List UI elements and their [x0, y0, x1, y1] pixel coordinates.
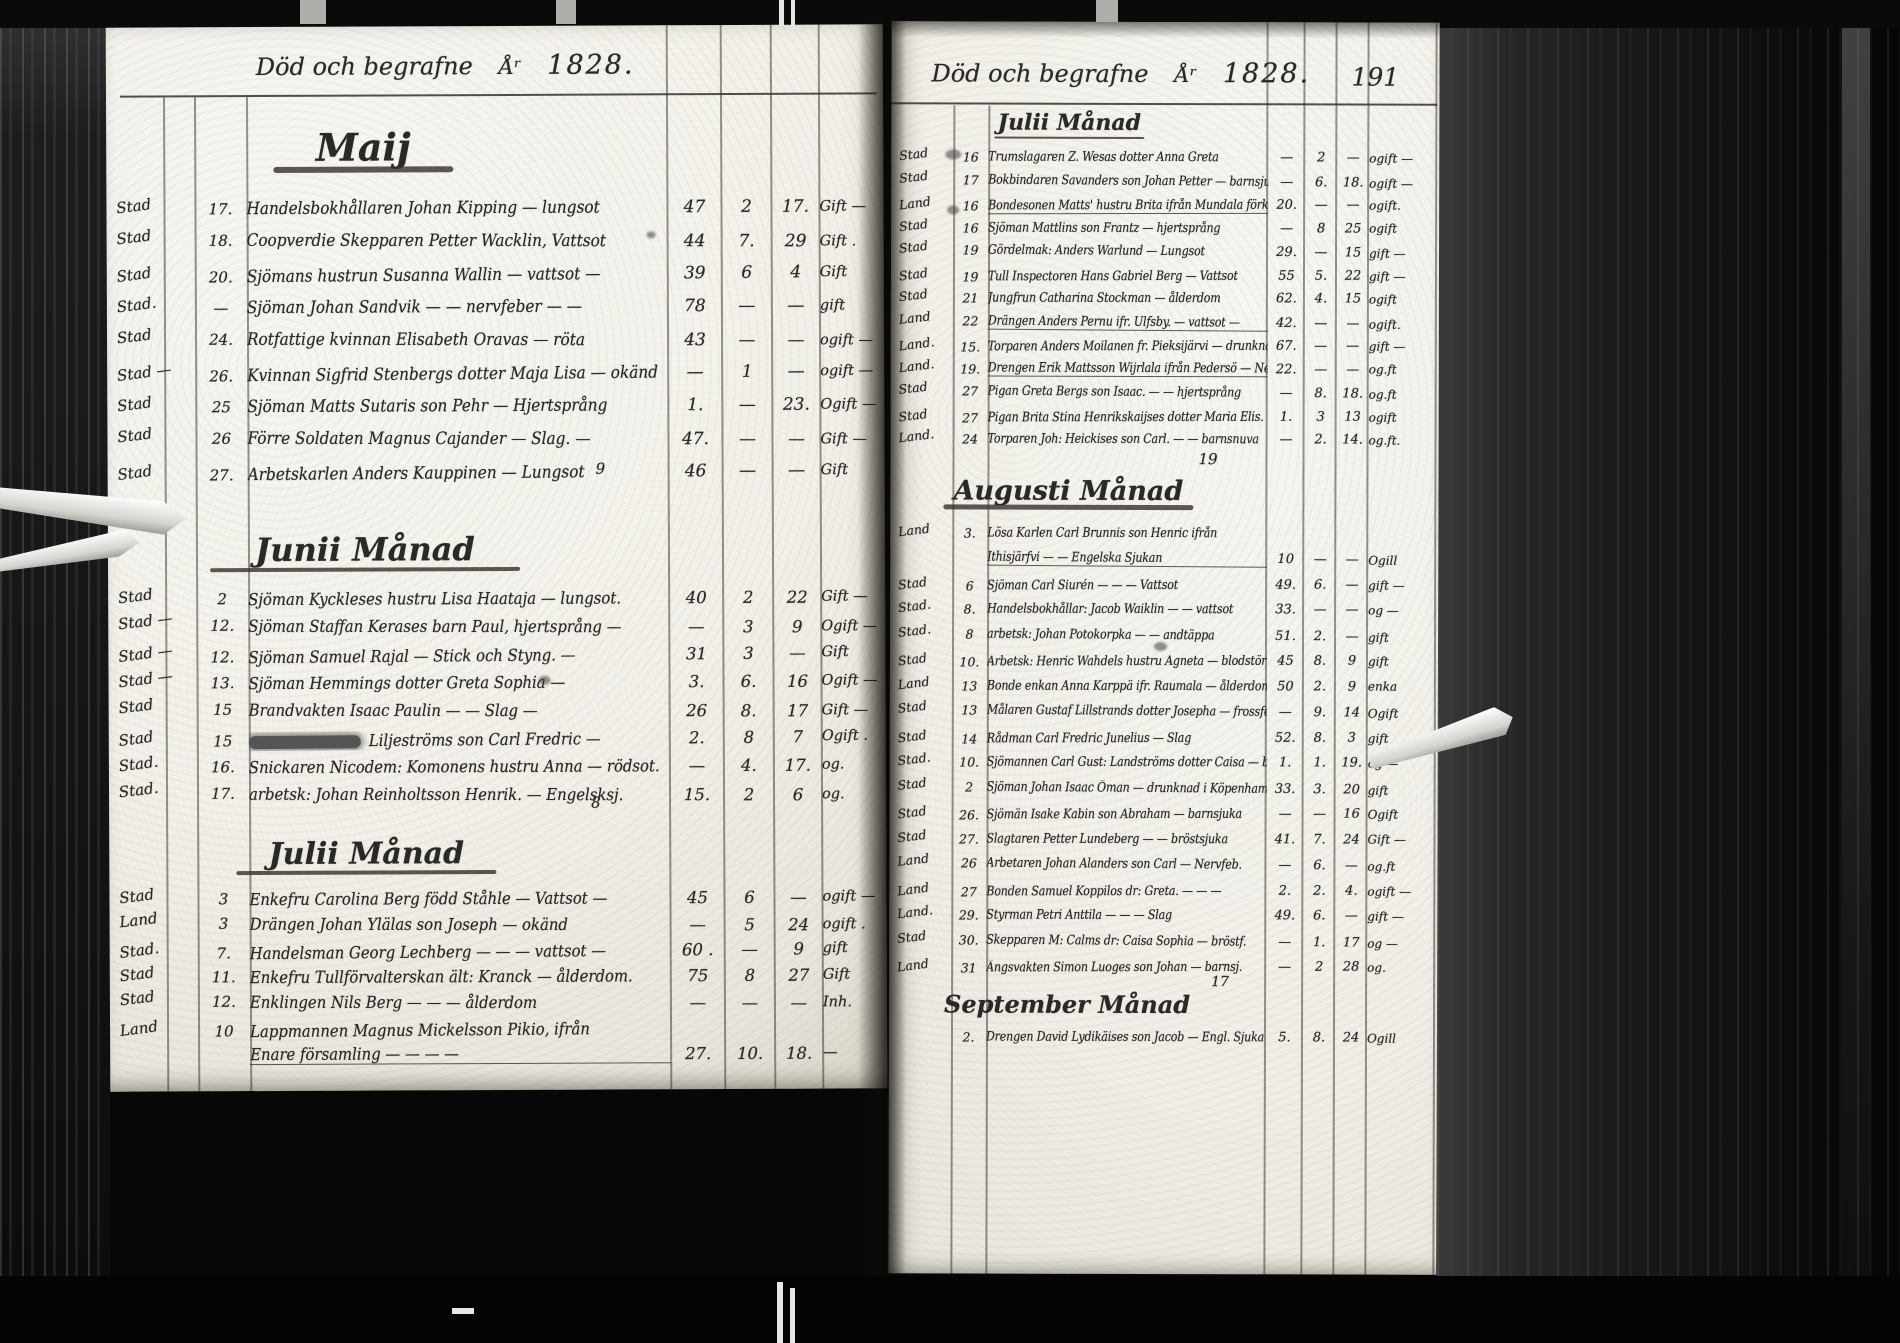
month-section: Junii MånadStad2Sjöman Kyckleses hustru …	[108, 528, 886, 809]
month-section: MaijStad17.Handelsbokhållaren Johan Kipp…	[106, 122, 885, 489]
entry-text: Torparen Anders Moilanen fr. Pieksijärvi…	[988, 339, 1268, 354]
place-label: Stad	[890, 165, 953, 187]
day-number: 18.	[195, 231, 247, 249]
age-years: —	[1267, 807, 1304, 822]
age-years: 55	[1268, 269, 1305, 284]
day-number: 26.	[952, 808, 987, 823]
month-title: Julii Månad	[186, 836, 546, 873]
entry-text: Liljeströms son Carl Fredric —	[249, 728, 670, 751]
age-months: 6.	[1303, 858, 1335, 873]
age-months: —	[725, 993, 775, 1012]
entry-text-line: Sjöman Kyckleses hustru Lisa Haataja — l…	[248, 588, 621, 609]
status-label: Ogift —	[821, 618, 885, 634]
age-days: 7	[774, 727, 822, 746]
entry-text: Drengen David Lydikäises son Jacob — Eng…	[986, 1030, 1266, 1046]
entry-text-line: Ithisjärfvi — — Engelska Sjukan	[987, 549, 1162, 565]
age-years: —	[1268, 175, 1305, 190]
scan-left-margin	[0, 0, 110, 1343]
age-years: 47.	[668, 429, 722, 449]
age-months: 2.	[1305, 433, 1337, 448]
day-number: 10	[198, 1022, 250, 1040]
age-months: 6	[722, 262, 772, 282]
age-months: 10.	[725, 1043, 775, 1062]
status-label: Gift —	[820, 431, 884, 447]
register-row: Stad.8.Handelsbokhållar: Jacob Waiklin —…	[890, 596, 1438, 623]
status-label: gift	[823, 940, 887, 957]
age-years: —	[1268, 433, 1305, 448]
age-days: 24	[775, 915, 823, 934]
age-years: —	[669, 617, 723, 636]
status-label: Ogift —	[822, 672, 886, 688]
place-label: Stad	[889, 800, 952, 823]
entry-text-line: Förre Soldaten Magnus Cajander — Slag. —	[247, 428, 590, 448]
place-label: Stad	[108, 880, 198, 909]
age-days: 29	[772, 231, 820, 251]
age-years: —	[1268, 151, 1305, 166]
entry-text: Arbetsk: Henric Wahdels hustru Agneta — …	[987, 654, 1267, 669]
register-row: Stad24.Rotfattige kvinnan Elisabeth Orav…	[107, 323, 884, 357]
day-number: 12.	[196, 617, 248, 635]
status-label: gift —	[1368, 578, 1438, 592]
entry-text: Handelsbokhållaren Johan Kipping — lungs…	[246, 197, 667, 219]
right-page: Död och begrafne Åʳ 1828. 191 Julii Måna…	[888, 21, 1439, 1274]
age-days: 18.	[1337, 175, 1369, 190]
carry-count-note: 19	[1198, 450, 1217, 468]
entry-text: Bokbindaren Savanders son Johan Petter —…	[988, 172, 1268, 189]
place-label	[890, 550, 952, 557]
entry-text: Sjöman Carl Siurén — — — Vattsot	[987, 578, 1267, 593]
place-label: Stad	[105, 189, 195, 218]
age-days: 18.	[775, 1043, 823, 1062]
age-years: 2.	[670, 728, 724, 747]
age-days: —	[1336, 577, 1368, 592]
left-page-header: Död och begrafne Åʳ 1828.	[256, 49, 635, 82]
place-label: Stad	[889, 724, 952, 747]
entry-text-line: Slagtaren Petter Lundeberg — — bröstsjuk…	[986, 831, 1227, 847]
age-months: 6.	[723, 671, 773, 690]
place-label: Land	[890, 191, 953, 214]
age-years: —	[1266, 960, 1303, 975]
age-years: —	[1267, 705, 1304, 720]
entry-text: Sjöman Kyckleses hustru Lisa Haataja — l…	[248, 588, 669, 609]
carry-count-note: 17	[1211, 974, 1229, 990]
age-days: 23.	[772, 394, 820, 414]
entry-text: Sjöman Staffan Kerases barn Paul, hjerts…	[248, 616, 669, 635]
fold-tape-mark	[791, 0, 795, 30]
month-title: Julii Månad	[919, 109, 1219, 136]
entry-text-line: Handelsman Georg Lechberg — — — vattsot …	[250, 941, 606, 963]
entry-text-line: Drängen Anders Pernu ifr. Ulfsby. — vatt…	[988, 313, 1240, 330]
register-row: Stad27.Slagtaren Petter Lundeberg — — br…	[889, 826, 1437, 853]
entry-text: Bonden Samuel Koppilos dr: Greta. — — —	[986, 884, 1266, 899]
entry-text-line: Pigan Brita Stina Henrikskaijses dotter …	[988, 410, 1264, 425]
fold-tape-mark	[779, 0, 784, 26]
right-page-content: Julii MånadStad16Trumslagaren Z. Wesas d…	[889, 105, 1439, 1051]
age-days: 24	[1335, 832, 1367, 847]
day-number: 26	[195, 429, 247, 447]
page-number: 191	[1351, 62, 1399, 91]
entry-text-line: Gördelmak: Anders Warlund — Lungsot	[988, 243, 1205, 260]
entry-text-line: Lösa Karlen Carl Brunnis son Henric ifrå…	[987, 525, 1217, 541]
entry-text: Förre Soldaten Magnus Cajander — Slag. —	[247, 428, 668, 448]
age-days: 15	[1337, 246, 1369, 261]
age-months: 8	[1305, 221, 1337, 236]
status-label: Gift .	[820, 233, 884, 249]
age-years: 20.	[1268, 198, 1305, 213]
entry-text-line: Arbetskarlen Anders Kauppinen — Lungsot	[248, 462, 585, 485]
entry-text-line: Brandvakten Isaac Paulin — — Slag —	[249, 700, 538, 719]
age-months: 4.	[1305, 292, 1337, 307]
place-label: Stad	[890, 235, 953, 257]
day-number: 30.	[951, 932, 986, 947]
entry-text-line: Bokbindaren Savanders son Johan Petter —…	[988, 172, 1268, 189]
status-label: ogift	[1369, 222, 1439, 236]
status-label: Gift	[823, 966, 887, 982]
place-label: Stad	[106, 320, 196, 349]
place-label: Stad	[890, 403, 953, 426]
entry-text-line: Enklingen Nils Berg — — — ålderdom	[250, 992, 537, 1011]
age-years: —	[1266, 858, 1303, 873]
ink-blot	[249, 735, 361, 749]
status-label: og.	[822, 786, 886, 802]
status-label: gift	[1368, 654, 1438, 668]
age-months: 2.	[1304, 679, 1336, 694]
entry-text: Slagtaren Petter Lundeberg — — bröstsjuk…	[986, 831, 1266, 847]
entry-text: Målaren Gustaf Lillstrands dotter Joseph…	[987, 703, 1267, 720]
entry-text-line: Kvinnan Sigfrid Stenbergs dotter Maja Li…	[247, 362, 658, 386]
place-label: Stad	[889, 695, 952, 717]
entry-text: Enkefru Tullförvalterskan ält: Kranck — …	[250, 966, 671, 987]
day-number: 14	[952, 731, 987, 746]
register-row: Land31Ängsvakten Simon Luoges son Johan …	[889, 955, 1437, 981]
ink-spot	[947, 205, 959, 214]
status-label: gift —	[1367, 909, 1437, 923]
status-label: ogift .	[823, 916, 887, 932]
entry-text: Sjöman Hemmings dotter Greta Sophia —	[249, 672, 670, 693]
status-label: Ogift	[1368, 807, 1438, 821]
header-title: Död och begrafne	[931, 59, 1148, 88]
scan-right-margin	[1437, 0, 1900, 1343]
status-label: og.ft	[1369, 387, 1439, 402]
entry-text-line: Torparen Anders Moilanen fr. Pieksijärvi…	[988, 339, 1268, 354]
day-number: 7.	[198, 944, 250, 962]
register-scan: Död och begrafne Åʳ 1828. MaijStad17.Han…	[0, 0, 1900, 1343]
entry-text: Styrman Petri Anttila — — — Slag	[986, 908, 1266, 924]
entry-text: Brandvakten Isaac Paulin — — Slag —	[249, 700, 670, 719]
day-number: 26	[951, 856, 986, 871]
place-label: Stad —	[106, 356, 196, 385]
day-number: 31	[951, 961, 986, 976]
entry-text: Drengen Erik Mattsson Wijrlala ifrån Ped…	[988, 361, 1268, 378]
day-number: 27.	[951, 831, 986, 846]
age-months: —	[1305, 362, 1337, 377]
entry-text-line: Trumslagaren Z. Wesas dotter Anna Greta	[988, 150, 1218, 166]
register-row: Ithisjärfvi — — Engelska Sjukan10——Ogill	[890, 544, 1438, 574]
entry-text: Gördelmak: Anders Warlund — Lungsot	[988, 243, 1268, 260]
age-years: 49.	[1266, 909, 1303, 924]
status-label: ogift —	[820, 362, 884, 379]
day-number: 17	[953, 172, 988, 187]
entry-text-line: Sjöman Johan Sandvik — — nervfeber — —	[247, 296, 582, 317]
age-years: —	[1268, 386, 1305, 401]
entry-text-line: Torparen Joh: Heickises son Carl. — — ba…	[988, 432, 1259, 448]
place-label: Land	[888, 953, 951, 976]
age-years: 44	[668, 231, 722, 251]
place-label: Land	[888, 877, 951, 900]
entry-text: Ithisjärfvi — — Engelska Sjukan	[987, 549, 1267, 567]
day-number: 2.	[951, 1029, 986, 1044]
entry-text-line: Handelsbokhållar: Jacob Waiklin — — vatt…	[987, 602, 1233, 618]
day-number: 6	[952, 578, 987, 593]
place-label: Stad	[107, 580, 197, 609]
age-years: 31	[669, 644, 723, 663]
age-years: 51.	[1267, 629, 1304, 644]
day-number: 10.	[952, 655, 987, 670]
place-label: Land	[889, 848, 952, 870]
entry-text-line: Sjömans hustrun Susanna Wallin — vattsot…	[247, 264, 601, 287]
entry-text-line: Sjöman Carl Siurén — — — Vattsot	[987, 578, 1178, 593]
right-page-header: Död och begrafne Åʳ 1828.	[931, 57, 1310, 89]
age-years: 1.	[1268, 410, 1305, 425]
entry-text: Sjöman Johan Isaac Öman — drunknad i Köp…	[987, 779, 1267, 796]
entry-text: Arbetaren Johan Alanders son Carl — Nerv…	[986, 856, 1266, 873]
age-days: 17	[774, 701, 822, 720]
entry-text-line: Sjöman Matts Sutaris son Pehr — Hjertspr…	[247, 395, 607, 417]
age-months: 4.	[724, 755, 774, 774]
left-page-content: MaijStad17.Handelsbokhållaren Johan Kipp…	[106, 98, 887, 1068]
age-years: —	[671, 915, 725, 934]
age-years: 2.	[1266, 884, 1303, 899]
place-label: Stad	[889, 772, 952, 794]
entry-text-line: Drengen David Lydikäises son Jacob — Eng…	[986, 1030, 1264, 1046]
register-row: Land.29.Styrman Petri Anttila — — — Slag…	[889, 902, 1437, 929]
entry-text: Sjöman Samuel Rajal — Stick och Styng. —	[248, 644, 669, 667]
entry-text: Kvinnan Sigfrid Stenbergs dotter Maja Li…	[247, 362, 668, 386]
entry-text: Rotfattige kvinnan Elisabeth Oravas — rö…	[247, 329, 668, 349]
register-row: Stad —26.Kvinnan Sigfrid Stenbergs dotte…	[107, 354, 884, 394]
register-row: Land.15.Torparen Anders Moilanen fr. Pie…	[891, 335, 1439, 359]
day-number: 22	[953, 313, 988, 328]
age-years: 40	[669, 588, 723, 607]
age-months: 7.	[1303, 832, 1335, 847]
status-label: gift	[1368, 630, 1438, 645]
age-years: 47	[667, 197, 721, 217]
status-label: enka	[1368, 680, 1438, 694]
age-years: 78	[668, 296, 722, 316]
day-number: 10.	[952, 755, 987, 770]
entry-text: Pigan Brita Stina Henrikskaijses dotter …	[988, 410, 1268, 425]
age-years: 15.	[670, 785, 724, 804]
entry-text: Sjöman Mattlins son Frantz — hjertsprång	[988, 220, 1268, 236]
age-years: 67.	[1268, 339, 1305, 354]
day-number: 21	[953, 291, 988, 306]
register-row: Stad10.Arbetsk: Henric Wahdels hustru Ag…	[890, 649, 1438, 675]
register-row: Land27Bonden Samuel Koppilos dr: Greta. …	[889, 878, 1437, 904]
place-label: Stad	[106, 455, 196, 484]
entry-text-line: Rådman Carl Fredric Junelius — Slag	[987, 731, 1191, 746]
entry-text-line: Bondesonen Matts' hustru Brita ifrån Mun…	[988, 198, 1268, 213]
age-months: —	[1305, 198, 1337, 213]
entry-text: Enkefru Carolina Berg född Ståhle — Vatt…	[249, 888, 670, 909]
age-months: —	[1304, 603, 1336, 618]
age-months: 5.	[1305, 268, 1337, 283]
entry-text-line: Lappmannen Magnus Mickelsson Pikio, ifrå…	[250, 1019, 590, 1041]
month-section: September Månad2.Drengen David Lydikäise…	[889, 989, 1437, 1051]
day-number: 16.	[197, 758, 249, 776]
entry-text-line: Sjöman Hemmings dotter Greta Sophia —	[249, 672, 566, 692]
left-page: Död och begrafne Åʳ 1828. MaijStad17.Han…	[106, 24, 888, 1091]
register-row: Land13Bonde enkan Anna Karppä ifr. Rauma…	[890, 673, 1438, 700]
entry-text-line: Sjöman Staffan Kerases barn Paul, hjerts…	[248, 616, 621, 635]
status-label: ogift.	[1369, 317, 1439, 332]
entry-text: Handelsbokhållar: Jacob Waiklin — — vatt…	[987, 602, 1267, 618]
day-number: 17.	[197, 785, 249, 803]
age-years: 75	[671, 966, 725, 985]
status-label: gift	[820, 297, 884, 313]
age-days: 9	[775, 939, 823, 958]
status-label: og.ft	[1369, 363, 1439, 377]
place-label	[110, 1045, 197, 1056]
age-years: 1.	[668, 395, 722, 415]
entry-text: Drängen Johan Ylälas son Joseph — okänd	[250, 914, 671, 933]
day-number: 15.	[953, 340, 988, 355]
age-days: 27	[775, 965, 823, 984]
age-days: —	[773, 643, 821, 662]
fold-tape-mark	[452, 1308, 474, 1314]
age-months: 2	[721, 196, 771, 216]
entry-text: Lappmannen Magnus Mickelsson Pikio, ifrå…	[250, 1018, 671, 1041]
entry-text: Pigan Greta Bergs son Isaac. — — hjertsp…	[988, 384, 1268, 401]
place-label: Stad —	[107, 638, 197, 667]
entry-text-line: Arbetsk: Henric Wahdels hustru Agneta — …	[987, 654, 1267, 669]
age-days: —	[772, 295, 820, 315]
age-months: —	[722, 429, 772, 449]
age-months: 1.	[1304, 756, 1336, 771]
entry-text: Handelsman Georg Lechberg — — — vattsot …	[250, 940, 671, 963]
status-label: Gift	[821, 644, 885, 661]
age-days: 22	[773, 587, 821, 606]
age-days: 9	[773, 617, 821, 636]
day-number: 19.	[953, 361, 988, 376]
age-days: —	[774, 887, 822, 906]
day-number: 12.	[196, 648, 248, 666]
age-months: 5	[725, 915, 775, 934]
entry-text-line: Sjöman Samuel Rajal — Stick och Styng. —	[248, 645, 575, 667]
scan-light-band	[1842, 0, 1870, 1343]
age-months: —	[722, 394, 772, 414]
place-label: Stad	[890, 376, 953, 398]
register-row: Stad.10.Sjömannen Carl Gust: Landströms …	[890, 749, 1438, 776]
age-days: 4.	[1335, 883, 1367, 898]
entry-text-line: Rotfattige kvinnan Elisabeth Oravas — rö…	[247, 329, 585, 349]
place-label	[889, 1029, 951, 1036]
age-years: 27.	[671, 1044, 725, 1063]
entry-text: Tull Inspectoren Hans Gabriel Berg — Vat…	[988, 269, 1268, 284]
age-months: 2	[723, 587, 773, 606]
age-months: 2	[1305, 151, 1337, 166]
age-days: 9	[1336, 654, 1368, 669]
age-years: 45	[670, 888, 724, 907]
fold-tape-mark	[777, 1282, 783, 1343]
register-row: Stad3Enkefru Carolina Berg född Ståhle —…	[109, 883, 886, 912]
day-number: 24	[953, 432, 988, 447]
register-row: Stad21Jungfrun Catharina Stockman — ålde…	[891, 286, 1439, 311]
entry-text: arbetsk: Johan Potokorpka — — andtäppa	[987, 626, 1267, 643]
status-label: gift	[1368, 783, 1438, 798]
entry-text-line: Jungfrun Catharina Stockman — ålderdom	[988, 291, 1221, 307]
place-label: Stad	[106, 419, 196, 448]
status-label: Gift —	[819, 198, 883, 214]
entry-text: Sjömans hustrun Susanna Wallin — vattsot…	[247, 263, 668, 287]
register-row: Stad30.Skepparen M: Calms dr: Caisa Soph…	[889, 926, 1437, 956]
register-row: 2.Drengen David Lydikäises son Jacob — E…	[889, 1024, 1437, 1051]
status-label: ogift	[1369, 410, 1439, 424]
entry-text-line: Coopverdie Skepparen Petter Wacklin, Vat…	[247, 230, 606, 250]
day-number: 15	[197, 732, 249, 750]
status-label: Ogift	[1368, 706, 1438, 721]
fold-tape-mark	[790, 1288, 795, 1343]
entry-text: Rådman Carl Fredric Junelius — Slag	[987, 731, 1267, 746]
day-number: 29.	[951, 908, 986, 923]
age-days: 25	[1337, 221, 1369, 236]
register-row: Stad25Sjöman Matts Sutaris son Pehr — Hj…	[107, 387, 884, 423]
place-label: Land	[890, 306, 953, 328]
day-number: 17.	[194, 200, 246, 218]
status-label: Ogill	[1368, 553, 1438, 568]
age-years: 62.	[1268, 292, 1305, 307]
entry-text: Sjöman Matts Sutaris son Pehr — Hjertspr…	[247, 395, 668, 417]
status-label: Ogift —	[820, 396, 884, 412]
day-number: 24.	[195, 330, 247, 348]
day-number: 16	[953, 220, 988, 235]
status-label: Gift	[820, 263, 884, 280]
age-days: —	[773, 460, 821, 480]
status-label: og —	[1367, 936, 1437, 951]
status-label: og —	[1368, 603, 1438, 617]
day-number: 2	[196, 590, 248, 608]
age-months: 6.	[1305, 175, 1337, 190]
age-days: 3	[1336, 730, 1368, 745]
entry-text-line: Handelsbokhållaren Johan Kipping — lungs…	[246, 197, 599, 219]
age-years: 26	[670, 701, 724, 720]
register-row: Land16Bondesonen Matts' hustru Brita ifr…	[891, 194, 1439, 218]
entry-text: Lösa Karlen Carl Brunnis son Henric ifrå…	[987, 525, 1267, 541]
age-years: 60 .	[671, 940, 725, 959]
entry-text-line: Målaren Gustaf Lillstrands dotter Joseph…	[987, 703, 1267, 720]
day-number: 13.	[197, 674, 249, 692]
age-days: —	[1337, 316, 1369, 331]
entry-text-line: Liljeströms son Carl Fredric —	[369, 729, 601, 750]
age-years: 1.	[1267, 756, 1304, 771]
age-days: —	[1336, 553, 1368, 568]
age-months: 6	[724, 887, 774, 906]
month-section: Julii MånadStad16Trumslagaren Z. Wesas d…	[891, 109, 1440, 452]
status-label: ogift —	[1367, 884, 1437, 898]
day-number: —	[195, 299, 247, 317]
register-row: Stad15Brandvakten Isaac Paulin — — Slag …	[109, 696, 886, 725]
entry-text: Snickaren Nicodem: Komonens hustru Anna …	[249, 756, 670, 777]
place-label: Stad	[890, 262, 953, 285]
entry-text-line: Bonde enkan Anna Karppä ifr. Raumala — å…	[987, 678, 1267, 694]
age-months: 3	[723, 643, 773, 662]
ink-spot	[1154, 642, 1167, 651]
day-number: 27	[953, 384, 988, 399]
age-days: 13	[1337, 409, 1369, 424]
age-years: 22.	[1268, 362, 1305, 377]
register-row: Stad6Sjöman Carl Siurén — — — Vattsot49.…	[890, 572, 1438, 598]
age-months: —	[1305, 245, 1337, 260]
age-months: —	[722, 295, 772, 315]
